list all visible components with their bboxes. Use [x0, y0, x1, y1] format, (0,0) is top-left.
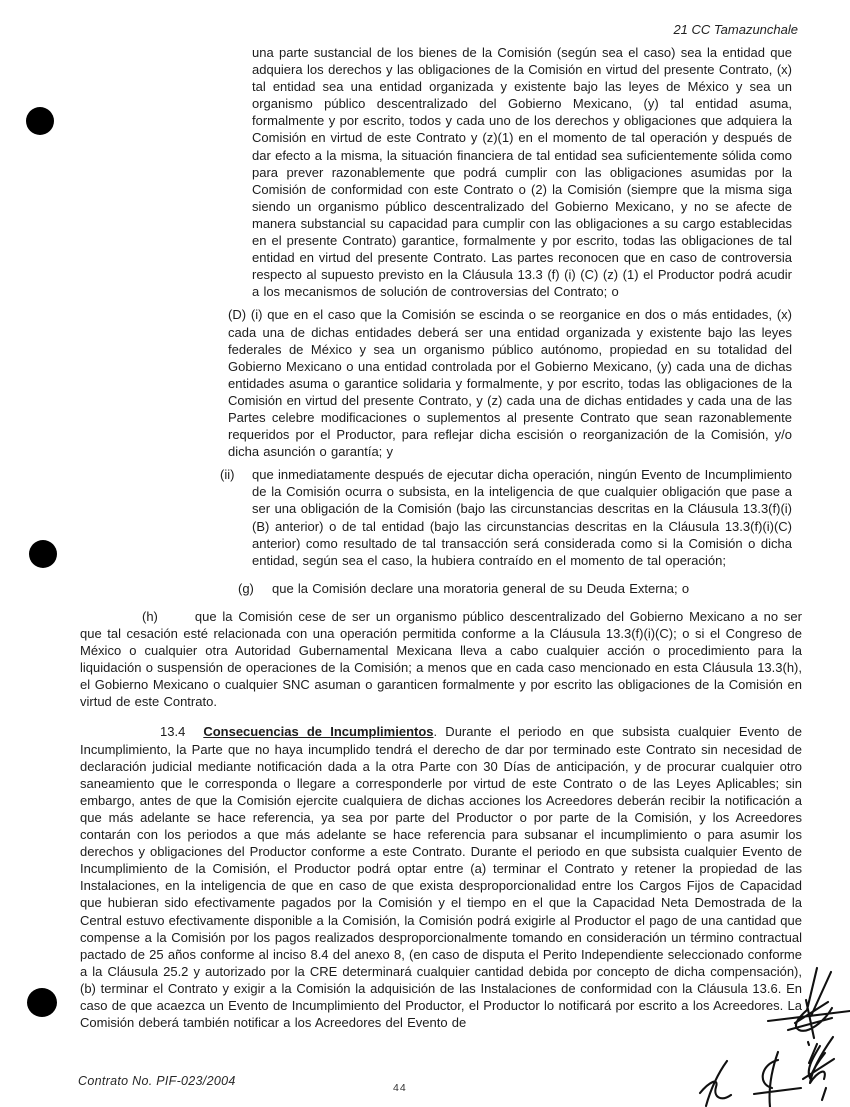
paragraph-g: (g)que la Comisión declare una moratoria…: [272, 580, 800, 597]
signature-flourish-pennant: [768, 968, 850, 1038]
clause-marker-h: (h): [142, 609, 158, 624]
paragraph-ii-text: que inmediatamente después de ejecutar d…: [252, 467, 792, 567]
clause-marker-g: (g): [238, 580, 254, 597]
handwritten-signatures: [660, 960, 850, 1107]
paragraph-g-text: que la Comisión declare una moratoria ge…: [272, 581, 689, 596]
paragraph-d-text: (i) que en el caso que la Comisión se es…: [228, 307, 792, 459]
footer-contract-number: Contrato No. PIF-023/2004: [78, 1074, 236, 1088]
body-text-column: una parte sustancial de los bienes de la…: [0, 44, 850, 1031]
scanned-contract-page: 21 CC Tamazunchale una parte sustancial …: [0, 0, 850, 1107]
paragraph-ii: (ii)que inmediatamente después de ejecut…: [252, 466, 792, 569]
header-doc-reference: 21 CC Tamazunchale: [673, 22, 798, 37]
signature-initial-2: [754, 1052, 801, 1107]
clause-marker-d: (D): [228, 307, 246, 322]
paragraph-h: (h)que la Comisión cese de ser un organi…: [80, 608, 802, 711]
paragraph-c-continuation: una parte sustancial de los bienes de la…: [252, 44, 792, 300]
signature-initial-1: [700, 1061, 731, 1106]
paragraph-d: (D) (i) que en el caso que la Comisión s…: [228, 306, 792, 460]
page-number: 44: [393, 1082, 407, 1094]
section-number: 13.4: [160, 724, 185, 739]
clause-marker-ii: (ii): [220, 466, 234, 483]
paragraph-h-text: que la Comisión cese de ser un organismo…: [80, 609, 802, 709]
section-heading: Consecuencias de Incumplimientos: [203, 724, 433, 739]
